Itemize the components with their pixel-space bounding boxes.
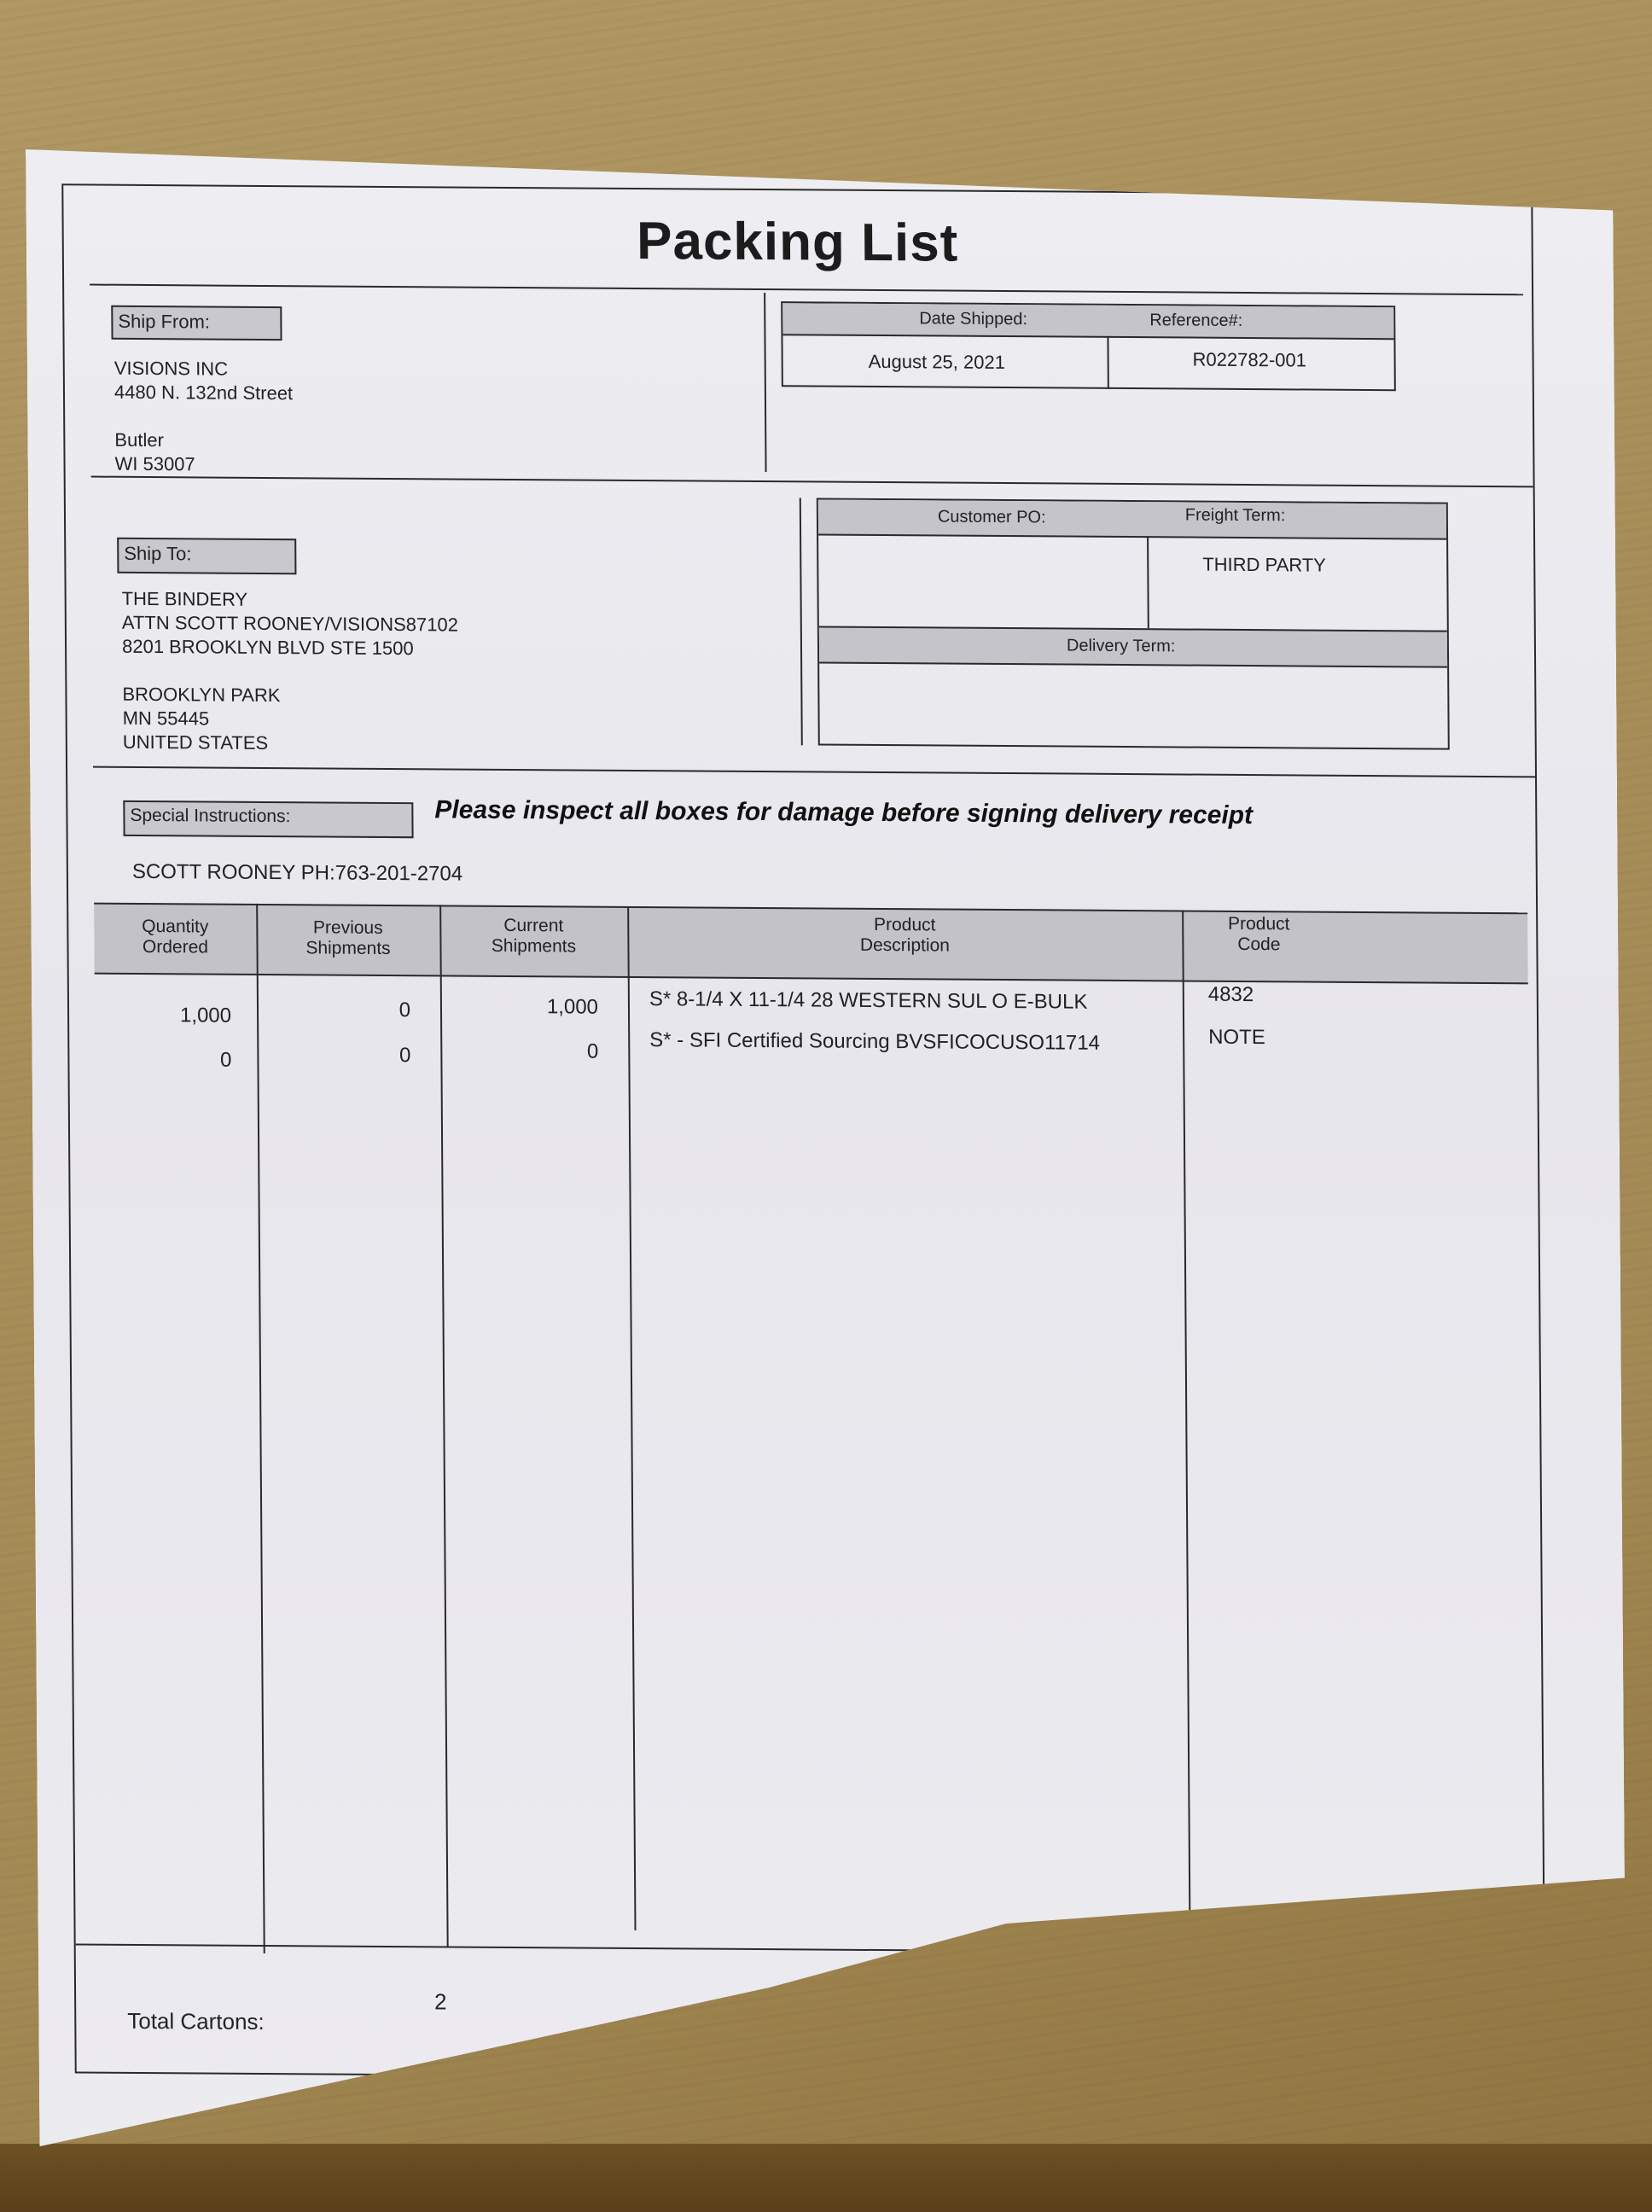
ship-to-line: ATTN SCOTT ROONEY/VISIONS87102 <box>122 611 458 637</box>
page-indicator: Page 1 of 1 <box>1335 1970 1531 2016</box>
ship-from-line: 4480 N. 132nd Street <box>114 381 293 405</box>
order-info-divider <box>1147 536 1149 628</box>
contact-phone: SCOTT ROONEY PH:763-201-2704 <box>132 860 462 887</box>
shipment-info-divider <box>1107 336 1108 389</box>
ship-to-line: BROOKLYN PARK <box>122 683 458 709</box>
page-title: Packing List <box>63 207 1531 277</box>
description-cell: S* - SFI Certified Sourcing BVSFICOCUSO1… <box>649 1028 1100 1056</box>
column-divider <box>627 906 636 1930</box>
freight-term-value: THIRD PARTY <box>1202 554 1326 577</box>
delivery-term-header: Delivery Term: <box>819 626 1447 668</box>
current-shipments-cell: 0 <box>470 1039 598 1064</box>
quantity-ordered-cell: 1,000 <box>120 1004 231 1028</box>
ship-to-address: THE BINDERY ATTN SCOTT ROONEY/VISIONS871… <box>122 587 459 757</box>
date-shipped-label: Date Shipped: <box>919 309 1027 329</box>
packing-list-sheet: Packing List Ship From: VISIONS INC 4480… <box>26 149 1626 2157</box>
ship-from-label: Ship From: <box>111 306 282 341</box>
previous-shipments-cell: 0 <box>291 1043 410 1068</box>
product-code-cell: 4832 <box>1208 983 1254 1007</box>
table-row: 1,000 0 1,000 S* 8-1/4 X 11-1/4 28 WESTE… <box>63 185 1531 195</box>
current-shipments-cell: 1,000 <box>470 995 598 1020</box>
ship-from-line <box>114 405 293 429</box>
ship-from-address: VISIONS INC 4480 N. 132nd Street Butler … <box>114 357 294 477</box>
column-divider <box>1182 910 1190 1942</box>
column-header-product-description: Product Description <box>627 913 1182 958</box>
table-row: 0 0 0 S* - SFI Certified Sourcing BVSFIC… <box>63 185 1531 195</box>
table-bottom-line <box>76 1943 1544 1955</box>
title-divider <box>90 284 1523 296</box>
reference-label: Reference#: <box>1149 311 1242 331</box>
ship-to-line: UNITED STATES <box>123 731 459 757</box>
date-shipped-value: August 25, 2021 <box>869 351 1005 374</box>
column-header-product-code: Product Code <box>1182 913 1335 955</box>
reference-value: R022782-001 <box>1193 349 1307 372</box>
ship-to-line: THE BINDERY <box>122 587 458 614</box>
column-divider <box>439 905 449 1946</box>
total-cartons-label: Total Cartons: <box>127 2008 265 2035</box>
inspection-notice: Please inspect all boxes for damage befo… <box>434 795 1253 830</box>
ship-to-line: 8201 BROOKLYN BLVD STE 1500 <box>122 635 458 661</box>
quantity-ordered-cell: 0 <box>120 1048 231 1073</box>
ship-to-line: MN 55445 <box>123 707 459 733</box>
column-header-current-shipments: Current Shipments <box>439 915 627 958</box>
address-column-divider <box>800 498 803 745</box>
freight-term-label: Freight Term: <box>1185 505 1286 526</box>
column-divider <box>256 904 265 1953</box>
ship-to-label: Ship To: <box>117 538 296 574</box>
delivery-term-label: Delivery Term: <box>1067 637 1176 657</box>
special-instructions-label: Special Instructions: <box>123 800 413 838</box>
section-divider-1 <box>91 476 1533 488</box>
order-info-header: Customer PO: Freight Term: <box>818 499 1446 539</box>
table-surface-edge <box>0 2144 1652 2212</box>
ship-from-line: VISIONS INC <box>114 357 293 381</box>
product-code-cell: NOTE <box>1208 1026 1265 1050</box>
section-divider-2 <box>93 766 1535 778</box>
total-cartons-value: 2 <box>434 1988 447 2015</box>
items-table-header: Quantity Ordered Previous Shipments Curr… <box>94 903 1528 985</box>
order-info-box: Customer PO: Freight Term: THIRD PARTY D… <box>817 498 1450 749</box>
header-column-divider <box>764 293 766 472</box>
shipment-info-header: Date Shipped: Reference#: <box>782 303 1393 340</box>
previous-shipments-cell: 0 <box>291 998 410 1022</box>
customer-po-label: Customer PO: <box>938 507 1046 527</box>
ship-from-line: Butler <box>114 428 293 453</box>
ship-to-line <box>122 659 458 685</box>
ship-from-line: WI 53007 <box>114 452 293 477</box>
column-header-quantity-ordered: Quantity Ordered <box>94 917 256 958</box>
shipment-info-box: Date Shipped: Reference#: August 25, 202… <box>781 301 1396 391</box>
document-frame: Packing List Ship From: VISIONS INC 4480… <box>61 183 1545 2083</box>
column-header-previous-shipments: Previous Shipments <box>256 917 439 960</box>
description-cell: S* 8-1/4 X 11-1/4 28 WESTERN SUL O E-BUL… <box>649 987 1088 1015</box>
